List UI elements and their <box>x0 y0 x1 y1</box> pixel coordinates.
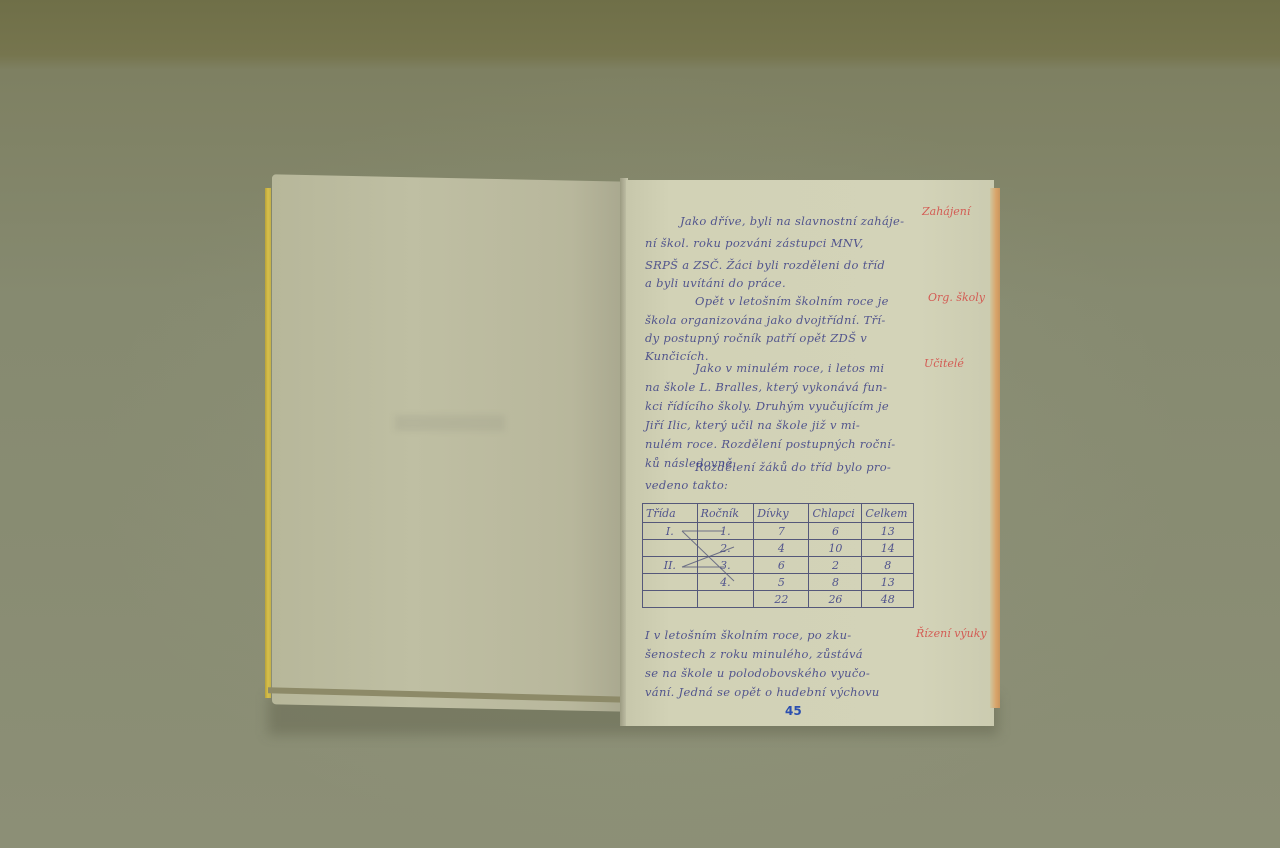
margin-note-teachers: Učitelé <box>924 357 964 370</box>
left-page <box>272 174 624 711</box>
class-grade-connectors <box>642 503 914 609</box>
text-line: Jako dříve, byli na slavnostní zaháje- <box>680 210 904 232</box>
text-line: vedeno takto: <box>645 474 728 496</box>
text-line: ní škol. roku pozváni zástupci MNV, <box>645 232 864 254</box>
text-line: vání. Jedná se opět o hudební výchovu <box>645 681 880 703</box>
margin-note-organization: Org. školy <box>928 291 985 304</box>
margin-note-opening: Zahájení <box>922 205 970 218</box>
margin-note-teaching: Řízení výuky <box>916 627 987 640</box>
page-number: 45 <box>785 704 802 718</box>
book-cover-edge <box>265 188 271 698</box>
bleed-through-mark <box>395 415 505 431</box>
right-page-edge <box>990 188 1000 708</box>
